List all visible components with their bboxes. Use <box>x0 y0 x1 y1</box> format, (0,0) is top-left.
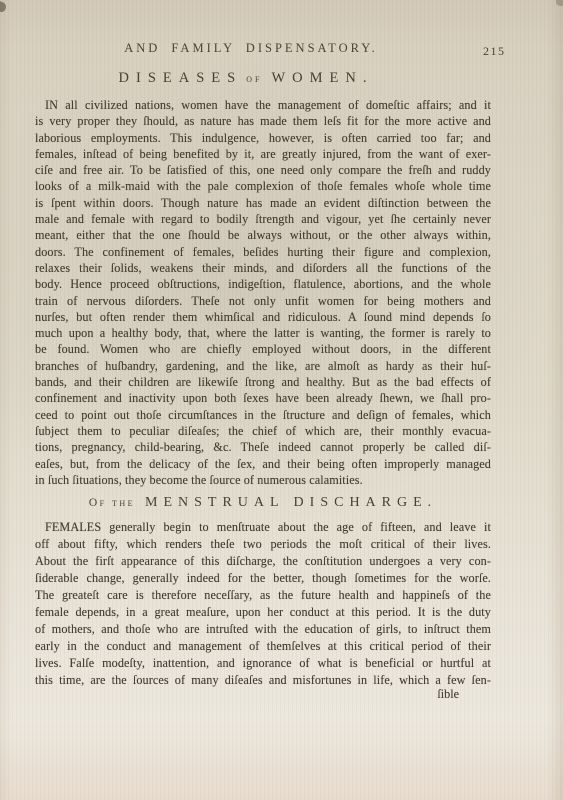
section-heading-title: MENSTRUAL DISCHARGE. <box>145 495 437 510</box>
text-line: off about fifty, which renders theſe two… <box>35 536 491 553</box>
chapter-heading: DISEASESofWOMEN. <box>30 70 462 87</box>
text-line: is very proper they ſhould, as nature ha… <box>35 113 491 129</box>
text-line: confinement and inactivity upon both ſex… <box>35 390 491 406</box>
text-line: relaxes their ſolids, weakens their mind… <box>35 260 491 276</box>
text-line: ſubject them to peculiar diſeaſes; the c… <box>35 423 491 439</box>
page-number: 215 <box>483 44 506 59</box>
text-line: body. Hence proceed obſtructions, indige… <box>35 276 491 292</box>
text-line: About the firſt appearance of this diſch… <box>35 553 491 570</box>
text-line: ciſe and free air. To be ſatisfied of th… <box>35 162 491 178</box>
text-line: The greateſt care is therefore neceſſary… <box>35 587 491 604</box>
text-line: ceed to point out thoſe circumſtances in… <box>35 407 491 423</box>
text-line: in ſuch ſituations, they become the ſour… <box>35 472 491 488</box>
paper-blemish-top-right <box>556 0 563 6</box>
text-line: tions, pregnancy, child-bearing, &c. The… <box>35 439 491 455</box>
text-line: females, inſtead of being benefited by i… <box>35 146 491 162</box>
text-line: much upon a healthy body, that, where th… <box>35 325 491 341</box>
text-line: train of nervous diſorders. Theſe not on… <box>35 293 491 309</box>
section-heading-prefix: Of the <box>89 497 135 509</box>
text-line: of mothers, and thoſe who are intruſted … <box>35 621 491 638</box>
text-line: nurſes, but often render them whimſical … <box>35 309 491 325</box>
section-heading: Of theMENSTRUAL DISCHARGE. <box>35 493 491 511</box>
book-page: AND FAMILY DISPENSATORY. 215 DISEASESofW… <box>0 0 563 800</box>
text-line: looks of a milk-maid with the pale compl… <box>35 178 491 194</box>
chapter-word-diseases: DISEASES <box>119 70 243 86</box>
text-line: meant, either that the one ſhould be alw… <box>35 227 491 243</box>
text-line: be found. Women who are chiefly employed… <box>35 341 491 357</box>
paper-blemish-top-left <box>0 1 7 13</box>
text-line: doors. The confinement of females, beſid… <box>35 244 491 260</box>
text-line: IN all civilized nations, women have the… <box>35 97 491 113</box>
running-title: AND FAMILY DISPENSATORY. <box>35 41 467 56</box>
text-line: lives. Falſe modeſty, inattention, and i… <box>35 655 491 672</box>
text-line: FEMALES generally begin to menſtruate ab… <box>35 519 491 536</box>
text-line: eaſes, but, from the delicacy of the ſex… <box>35 456 491 472</box>
text-line: branches of huſbandry, gardening, and th… <box>35 358 491 374</box>
chapter-word-women: WOMEN. <box>271 70 373 86</box>
text-line: laborious employments. This indulgence, … <box>35 130 491 146</box>
text-line: early in the conduct and management of t… <box>35 638 491 655</box>
chapter-word-of: of <box>246 73 262 85</box>
text-line: bands, and their children are likewiſe ſ… <box>35 374 491 390</box>
catchword: ſible <box>35 686 459 703</box>
text-line: male and female with regard to bodily ſt… <box>35 211 491 227</box>
text-line: female depends, in a great meaſure, upon… <box>35 604 491 621</box>
paragraph-women-management: IN all civilized nations, women have the… <box>35 97 491 488</box>
text-line: ſiderable change, generally indeed for t… <box>35 570 491 587</box>
text-line: is ſpent within doors. Though nature has… <box>35 195 491 211</box>
paragraph-menstrual-discharge: FEMALES generally begin to menſtruate ab… <box>35 519 491 689</box>
